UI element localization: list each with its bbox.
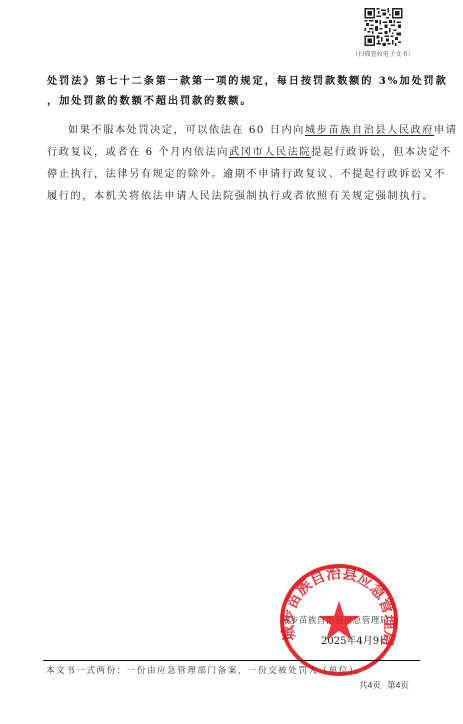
qr-code-block: （扫描查收电子文书） [352,6,414,58]
footer-divider [43,660,420,661]
qr-code-icon[interactable] [364,8,403,46]
court-name: 武冈市人民法院 [229,147,311,158]
paragraph-text: 行政复议，或者在 6 个月内依法向 [47,147,229,158]
paragraph-text: 申请 [434,125,457,136]
paragraph-line-2: 行政复议，或者在 6 个月内依法向武冈市人民法院提起行政诉讼，但本决定不 [47,147,452,159]
total-pages: 共4页 [359,680,381,690]
review-authority-link: 城步苗族自治县人民政府 [305,125,434,136]
bold-text-line-2: ，加处罚款的数额不超出罚款的数额。 [47,95,253,107]
paragraph-text: 如果不服本处罚决定，可以依法在 60 日内向 [68,125,305,136]
paragraph-line-1: 如果不服本处罚决定，可以依法在 60 日内向城步苗族自治县人民政府申请 [68,125,458,137]
paragraph-line-3: 停止执行，法律另有规定的除外。逾期不申请行政复议、不提起行政诉讼又不 [47,169,446,181]
page-info: 共4页第4页 [359,679,415,691]
footer-note: 本文书一式两份：一份由应急管理部门备案，一份交被处罚人（单位）。 [46,664,365,676]
bold-text-line-1: 处罚法》第七十二条第一款第一项的规定，每日按罚款数额的 3%加处罚款 [47,75,448,87]
current-page: 第4页 [387,680,409,690]
paragraph-line-4: 履行的，本机关将依法申请人民法院强制执行或者依照有关规定强制执行。 [47,191,434,203]
issuer-name: 城步苗族自治县应急管理局 [281,614,389,626]
paragraph-text: 提起行政诉讼，但本决定不 [311,147,452,158]
qr-caption: （扫描查收电子文书） [352,49,414,58]
issue-date: 2025年4月9日 [321,632,389,647]
